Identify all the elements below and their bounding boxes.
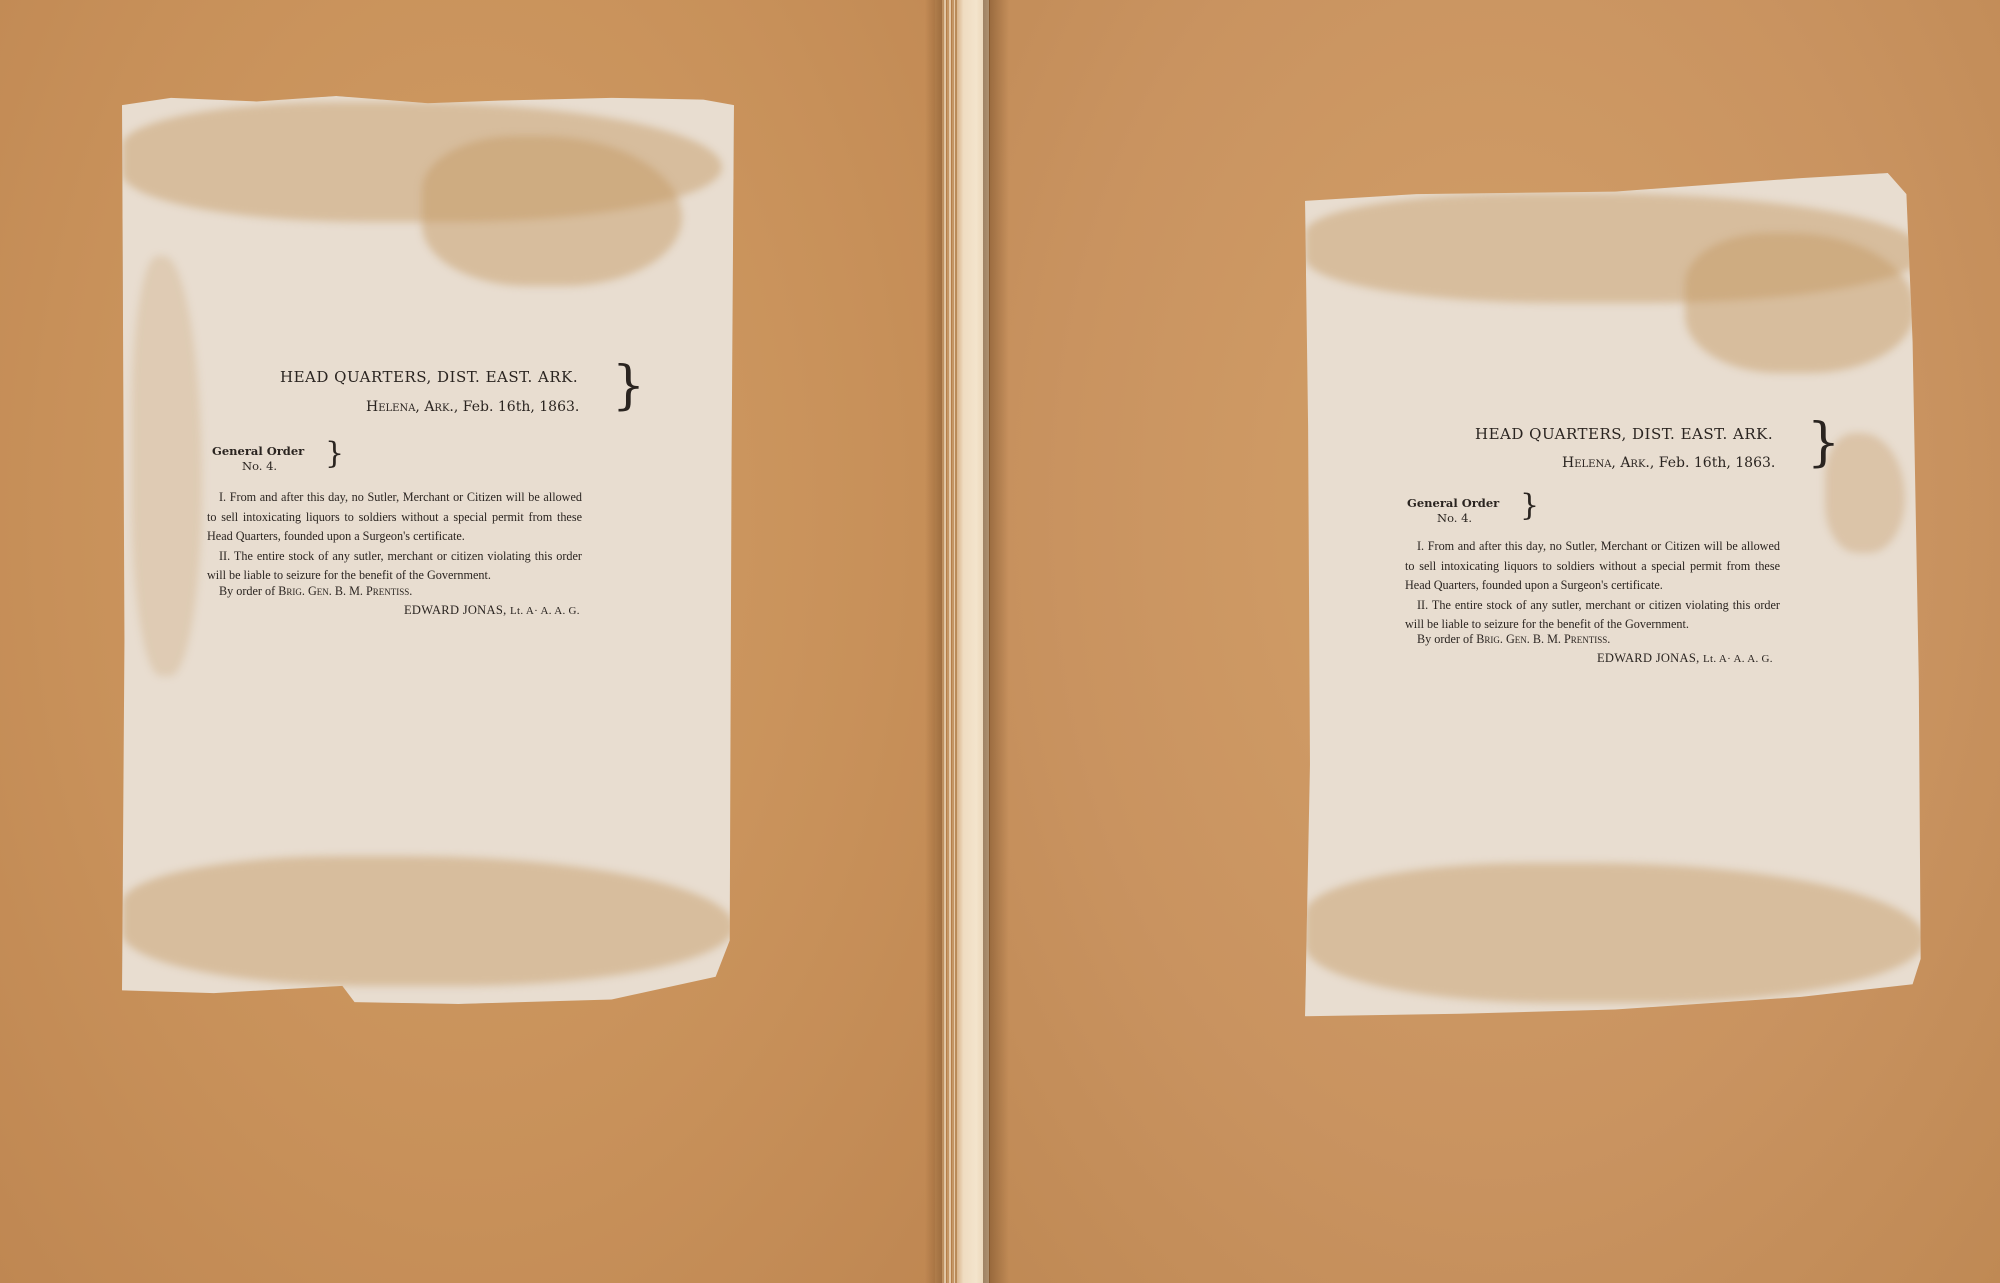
date-text: Feb. 16th, 1863. — [463, 399, 580, 415]
by-order-line: By order of Brig. Gen. B. M. Prentiss. — [207, 584, 412, 599]
signature-name: EDWARD JONAS, — [1597, 651, 1700, 665]
gutter-shadow-right — [983, 0, 1009, 1283]
order-number: No. 4. — [1407, 511, 1499, 526]
paragraph-2: II. The entire stock of any sutler, merc… — [1405, 596, 1780, 635]
by-order-name: Brig. Gen. B. M. Prentiss. — [1476, 632, 1610, 646]
signature-name: EDWARD JONAS, — [404, 603, 507, 617]
signature-line: EDWARD JONAS, Lt. A· A. A. G. — [1597, 651, 1773, 666]
water-stain — [122, 856, 734, 986]
paragraph-2: II. The entire stock of any sutler, merc… — [207, 547, 582, 586]
order-title: General Order — [212, 444, 304, 459]
place-text: Helena, Ark., — [1562, 455, 1654, 471]
header-line: HEAD QUARTERS, DIST. EAST. ARK. — [280, 368, 578, 386]
brace-icon: } — [325, 438, 344, 470]
signature-line: EDWARD JONAS, Lt. A· A. A. G. — [404, 603, 580, 618]
order-label: General Order No. 4. — [1407, 496, 1499, 526]
by-order-line: By order of Brig. Gen. B. M. Prentiss. — [1405, 632, 1610, 647]
order-body: I. From and after this day, no Sutler, M… — [207, 488, 582, 586]
brace-icon: } — [1520, 490, 1539, 522]
paragraph-1: I. From and after this day, no Sutler, M… — [1405, 537, 1780, 596]
general-order-document-right: HEAD QUARTERS, DIST. EAST. ARK. Helena, … — [1305, 173, 1925, 1018]
by-order-name: Brig. Gen. B. M. Prentiss. — [278, 584, 412, 598]
signature-title: Lt. A· A. A. G. — [510, 605, 580, 617]
by-order-prefix: By order of — [1417, 632, 1473, 646]
order-number: No. 4. — [212, 459, 304, 474]
order-label: General Order No. 4. — [212, 444, 304, 474]
order-body: I. From and after this day, no Sutler, M… — [1405, 537, 1780, 635]
brace-icon: } — [1807, 415, 1840, 471]
water-stain — [1305, 863, 1925, 1003]
water-stain — [132, 256, 202, 676]
brace-icon: } — [612, 358, 645, 414]
paragraph-1: I. From and after this day, no Sutler, M… — [207, 488, 582, 547]
place-text: Helena, Ark., — [366, 399, 458, 415]
date-text: Feb. 16th, 1863. — [1659, 455, 1776, 471]
place-date-line: Helena, Ark., Feb. 16th, 1863. — [366, 399, 579, 415]
signature-title: Lt. A· A. A. G. — [1703, 653, 1773, 665]
by-order-prefix: By order of — [219, 584, 275, 598]
header-line: HEAD QUARTERS, DIST. EAST. ARK. — [1475, 425, 1773, 443]
page-edges — [942, 0, 956, 1283]
general-order-document-left: HEAD QUARTERS, DIST. EAST. ARK. Helena, … — [122, 96, 734, 1004]
order-title: General Order — [1407, 496, 1499, 511]
place-date-line: Helena, Ark., Feb. 16th, 1863. — [1562, 455, 1775, 471]
